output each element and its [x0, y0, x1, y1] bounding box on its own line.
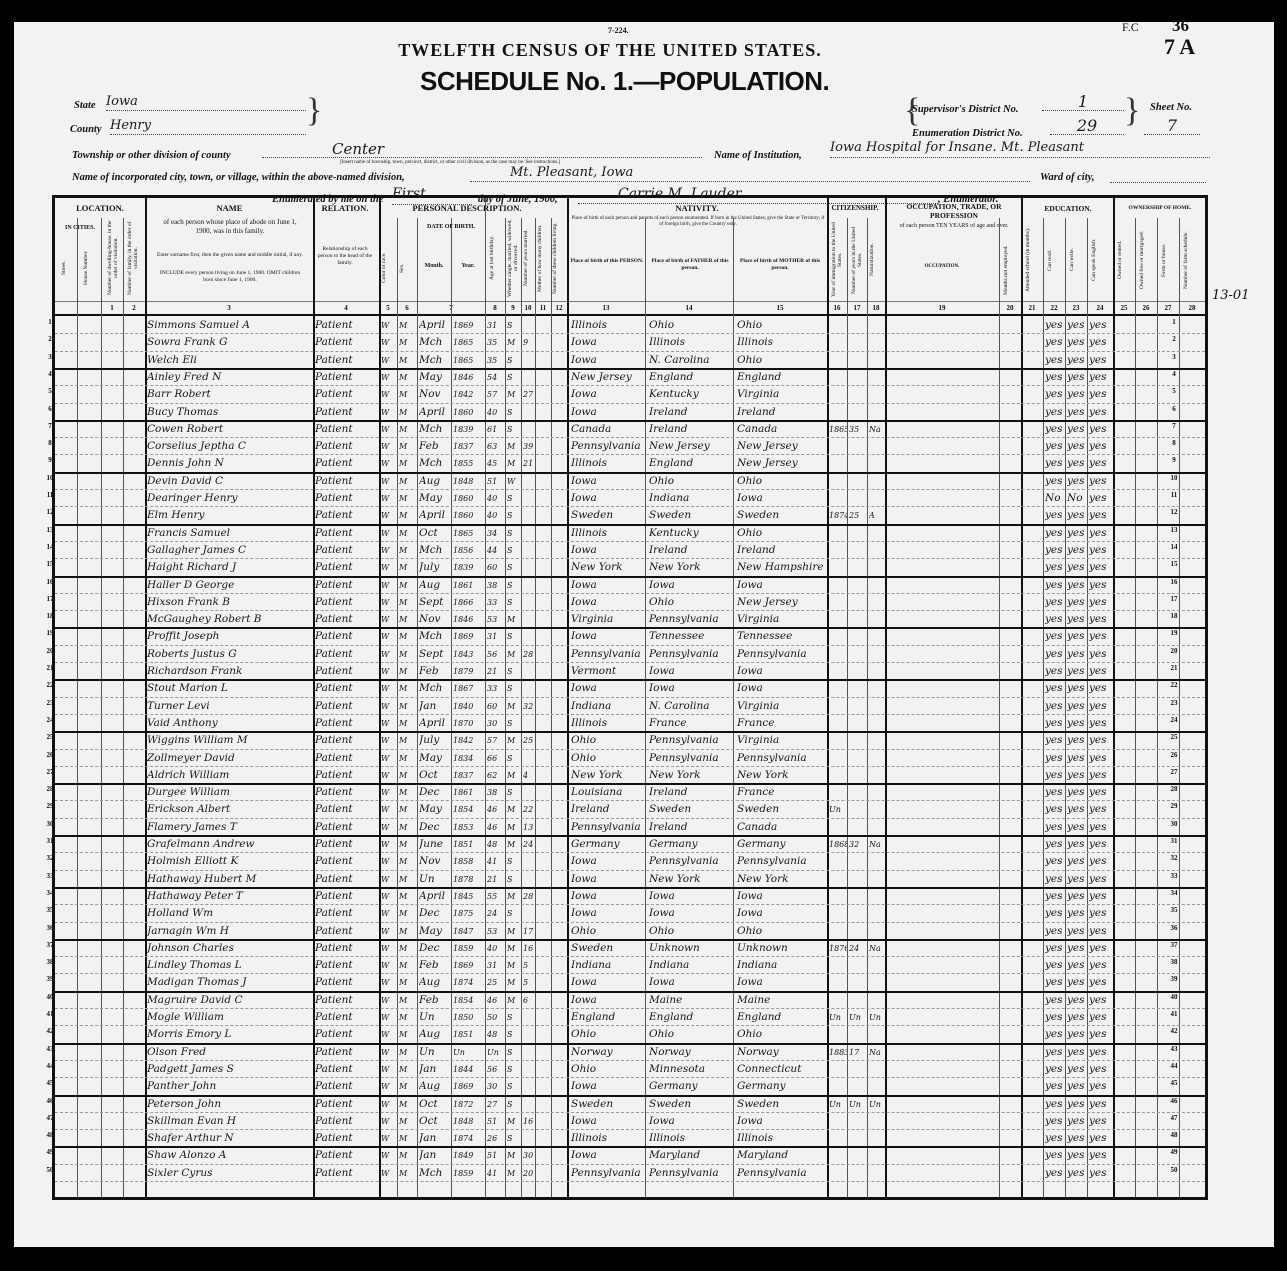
can-read: yes — [1045, 316, 1067, 333]
row-number: 46 — [40, 1097, 60, 1105]
birthplace-father: Unknown — [649, 939, 733, 956]
birth-month: Aug — [419, 973, 451, 990]
birthplace-mother: New Jersey — [737, 454, 827, 471]
age: 57 — [487, 385, 505, 402]
vheader-age: Age at last birthday. — [489, 218, 501, 298]
column-number: 6 — [397, 304, 417, 312]
row-number: 2 — [40, 335, 60, 343]
sex: M — [399, 852, 417, 869]
row-number: 31 — [1164, 837, 1184, 845]
birth-year: 1869 — [453, 1077, 485, 1094]
vheader-mother-of: Mother of how many children. — [537, 218, 549, 298]
state-value: Iowa — [106, 94, 306, 111]
column-number: 20 — [999, 304, 1021, 312]
header-pob-person: Place of birth of this PERSON. — [569, 258, 645, 265]
years-in-us — [849, 576, 867, 593]
birthplace-father: Kentucky — [649, 524, 733, 541]
immigration-year — [829, 610, 847, 627]
immigration-year — [829, 1112, 847, 1129]
years-in-us — [849, 610, 867, 627]
immigration-year: 1883 — [829, 1043, 847, 1060]
can-read: yes — [1045, 645, 1067, 662]
header-name-instr2: INCLUDE every person living on June 1, 1… — [155, 270, 305, 284]
relation: Patient — [315, 749, 379, 766]
birthplace-mother: Illinois — [737, 333, 827, 350]
years-married — [523, 679, 537, 696]
years-married: 13 — [523, 818, 537, 835]
row-number: 18 — [40, 612, 60, 620]
person-name: McGaughey Robert B — [147, 610, 313, 627]
person-name: Richardson Frank — [147, 662, 313, 679]
birthplace-father: Germany — [649, 1077, 733, 1094]
row-number: 42 — [1164, 1027, 1184, 1035]
race: W — [381, 887, 397, 904]
birthplace-person: Iowa — [571, 679, 645, 696]
can-write: yes — [1067, 1025, 1089, 1042]
birthplace-father: Sweden — [649, 800, 733, 817]
birthplace-person: Indiana — [571, 697, 645, 714]
years-married: 5 — [523, 973, 537, 990]
row-number: 14 — [1164, 543, 1184, 551]
can-speak-english: yes — [1089, 818, 1113, 835]
vheader-sex: Sex. — [399, 238, 411, 298]
race: W — [381, 593, 397, 610]
years-in-us — [849, 454, 867, 471]
sex: M — [399, 558, 417, 575]
can-speak-english: yes — [1089, 489, 1113, 506]
column-number: 2 — [123, 304, 145, 312]
birth-month: Aug — [419, 1077, 451, 1094]
can-speak-english: yes — [1089, 956, 1113, 973]
birthplace-father: Iowa — [649, 576, 733, 593]
age: 48 — [487, 835, 505, 852]
can-read: yes — [1045, 818, 1067, 835]
age: 51 — [487, 472, 505, 489]
can-write: yes — [1067, 1129, 1089, 1146]
birthplace-person: New Jersey — [571, 368, 645, 385]
column-number: 28 — [1179, 304, 1205, 312]
age: 33 — [487, 679, 505, 696]
age: 35 — [487, 333, 505, 350]
birthplace-person: Germany — [571, 835, 645, 852]
can-speak-english: yes — [1089, 766, 1113, 783]
birthplace-father: Ohio — [649, 472, 733, 489]
birth-year: Un — [453, 1043, 485, 1060]
birthplace-father: Ohio — [649, 593, 733, 610]
can-write: yes — [1067, 800, 1089, 817]
birth-year: 1861 — [453, 783, 485, 800]
birthplace-mother: New Hampshire — [737, 558, 827, 575]
sex: M — [399, 454, 417, 471]
can-write: yes — [1067, 697, 1089, 714]
row-number: 9 — [40, 456, 60, 464]
table-row: Hathaway Peter TPatientWMApril184555M28I… — [55, 887, 1205, 904]
can-read: yes — [1045, 333, 1067, 350]
row-number: 47 — [1164, 1114, 1184, 1122]
relation: Patient — [315, 506, 379, 523]
table-row: Haight Richard JPatientWMJuly183960SNew … — [55, 558, 1205, 575]
marital-status: S — [507, 662, 521, 679]
header-personal: PERSONAL DESCRIPTION. — [379, 204, 555, 213]
marital-status: M — [507, 939, 521, 956]
row-number: 44 — [1164, 1062, 1184, 1070]
can-write: No — [1067, 489, 1089, 506]
age: 31 — [487, 627, 505, 644]
row-number: 11 — [40, 491, 60, 499]
immigration-year — [829, 783, 847, 800]
years-married: 16 — [523, 1112, 537, 1129]
race: W — [381, 472, 397, 489]
relation: Patient — [315, 731, 379, 748]
birthplace-mother: Iowa — [737, 973, 827, 990]
row-number: 36 — [40, 924, 60, 932]
birthplace-person: Ireland — [571, 800, 645, 817]
person-name: Johnson Charles — [147, 939, 313, 956]
table-row: Sixler CyrusPatientWMMch185941M20Pennsyl… — [55, 1164, 1205, 1181]
row-number: 32 — [1164, 854, 1184, 862]
birthplace-person: Illinois — [571, 316, 645, 333]
birthplace-mother: Virginia — [737, 697, 827, 714]
brace-right-close: } — [1124, 96, 1140, 126]
birthplace-person: Pennsylvania — [571, 818, 645, 835]
column-number: 10 — [521, 304, 535, 312]
birthplace-mother: England — [737, 1008, 827, 1025]
sex: M — [399, 1025, 417, 1042]
birthplace-mother: France — [737, 714, 827, 731]
row-number: 12 — [1164, 508, 1184, 516]
birth-year: 1878 — [453, 870, 485, 887]
birthplace-person: Illinois — [571, 454, 645, 471]
row-number: 20 — [40, 647, 60, 655]
years-in-us: 17 — [849, 1043, 867, 1060]
naturalization — [869, 870, 885, 887]
table-row: Morris Emory LPatientWMAug185148SOhioOhi… — [55, 1025, 1205, 1042]
row-number: 50 — [40, 1166, 60, 1174]
row-number: 1 — [40, 318, 60, 326]
can-read: yes — [1045, 506, 1067, 523]
table-row: Simmons Samuel APatientWMApril186931SIll… — [55, 316, 1205, 333]
institution-label: Name of Institution, — [714, 150, 802, 161]
relation: Patient — [315, 368, 379, 385]
can-write: yes — [1067, 662, 1089, 679]
row-number: 19 — [40, 629, 60, 637]
person-name: Jarnagin Wm H — [147, 922, 313, 939]
years-in-us — [849, 904, 867, 921]
relation: Patient — [315, 420, 379, 437]
age: 46 — [487, 818, 505, 835]
years-married: 21 — [523, 454, 537, 471]
table-row: Erickson AlbertPatientWMMay185446M22Irel… — [55, 800, 1205, 817]
birthplace-person: Iowa — [571, 489, 645, 506]
birthplace-person: Ohio — [571, 731, 645, 748]
can-write: yes — [1067, 1146, 1089, 1163]
marital-status: M — [507, 333, 521, 350]
birth-year: 1874 — [453, 1129, 485, 1146]
can-write: yes — [1067, 749, 1089, 766]
birth-month: Jan — [419, 1060, 451, 1077]
can-read: yes — [1045, 593, 1067, 610]
relation: Patient — [315, 1025, 379, 1042]
sex: M — [399, 1129, 417, 1146]
row-number: 22 — [40, 681, 60, 689]
marital-status: S — [507, 489, 521, 506]
birth-month: Jan — [419, 1146, 451, 1163]
birthplace-person: England — [571, 1008, 645, 1025]
can-read: yes — [1045, 697, 1067, 714]
can-speak-english: yes — [1089, 368, 1113, 385]
person-name: Simmons Samuel A — [147, 316, 313, 333]
can-read: yes — [1045, 576, 1067, 593]
years-married — [523, 558, 537, 575]
years-married: 27 — [523, 385, 537, 402]
row-number: 36 — [1164, 924, 1184, 932]
can-write: yes — [1067, 679, 1089, 696]
birthplace-father: Pennsylvania — [649, 1164, 733, 1181]
years-married: 24 — [523, 835, 537, 852]
table-row: Barr RobertPatientWMNov184257M27IowaKent… — [55, 385, 1205, 402]
race: W — [381, 956, 397, 973]
city-label: Name of incorporated city, town, or vill… — [72, 172, 405, 183]
person-name: Magruire David C — [147, 991, 313, 1008]
race: W — [381, 697, 397, 714]
naturalization — [869, 749, 885, 766]
marital-status: M — [507, 991, 521, 1008]
person-name: Devin David C — [147, 472, 313, 489]
birthplace-mother: Ohio — [737, 922, 827, 939]
birth-year: 1875 — [453, 904, 485, 921]
sheet-stamp-top: 36 — [1172, 16, 1189, 36]
can-write: yes — [1067, 472, 1089, 489]
birth-year: 1869 — [453, 956, 485, 973]
naturalization — [869, 1060, 885, 1077]
race: W — [381, 731, 397, 748]
race: W — [381, 403, 397, 420]
birth-month: Oct — [419, 1095, 451, 1112]
column-number: 19 — [885, 304, 999, 312]
naturalization: A — [869, 506, 885, 523]
birthplace-mother: New Jersey — [737, 437, 827, 454]
table-row: Bucy ThomasPatientWMApril186040SIowaIrel… — [55, 403, 1205, 420]
can-speak-english: yes — [1089, 973, 1113, 990]
table-row: Dearinger HenryPatientWMMay186040SIowaIn… — [55, 489, 1205, 506]
age: 66 — [487, 749, 505, 766]
vheader-street: Street. — [61, 238, 73, 298]
birth-year: 1860 — [453, 506, 485, 523]
can-read: yes — [1045, 973, 1067, 990]
can-write: yes — [1067, 403, 1089, 420]
birthplace-mother: Iowa — [737, 904, 827, 921]
years-married — [523, 1129, 537, 1146]
years-in-us — [849, 697, 867, 714]
vheader-months-unemployed: Months not employed. — [1003, 242, 1017, 298]
person-name: Peterson John — [147, 1095, 313, 1112]
birthplace-person: Ohio — [571, 1025, 645, 1042]
column-number: 24 — [1087, 304, 1113, 312]
vheader-free: Owned free or mortgaged. — [1139, 222, 1151, 298]
can-read: yes — [1045, 662, 1067, 679]
marital-status: S — [507, 679, 521, 696]
age: 41 — [487, 852, 505, 869]
person-name: Durgee William — [147, 783, 313, 800]
birthplace-mother: Indiana — [737, 956, 827, 973]
table-row: Skillman Evan HPatientWMOct184851M16Iowa… — [55, 1112, 1205, 1129]
years-married — [523, 1025, 537, 1042]
vheader-write: Can write. — [1069, 222, 1081, 298]
birth-month: Mch — [419, 627, 451, 644]
years-in-us — [849, 714, 867, 731]
table-row: Panther JohnPatientWMAug186930SIowaGerma… — [55, 1077, 1205, 1094]
relation: Patient — [315, 333, 379, 350]
row-number: 29 — [1164, 802, 1184, 810]
birth-month: Un — [419, 1043, 451, 1060]
naturalization — [869, 333, 885, 350]
birth-year: 1859 — [453, 1164, 485, 1181]
race: W — [381, 1025, 397, 1042]
can-read: yes — [1045, 766, 1067, 783]
immigration-year: 1874 — [829, 506, 847, 523]
immigration-year — [829, 1146, 847, 1163]
age: 60 — [487, 558, 505, 575]
sex: M — [399, 662, 417, 679]
row-number: 24 — [1164, 716, 1184, 724]
birthplace-person: Iowa — [571, 973, 645, 990]
age: 40 — [487, 489, 505, 506]
row-number: 46 — [1164, 1097, 1184, 1105]
birthplace-father: Illinois — [649, 1129, 733, 1146]
birth-month: Feb — [419, 956, 451, 973]
birth-month: Oct — [419, 524, 451, 541]
can-speak-english: yes — [1089, 922, 1113, 939]
can-write: yes — [1067, 766, 1089, 783]
birth-year: 1874 — [453, 973, 485, 990]
age: 21 — [487, 870, 505, 887]
immigration-year — [829, 991, 847, 1008]
can-write: yes — [1067, 991, 1089, 1008]
birthplace-father: Iowa — [649, 662, 733, 679]
header-pob-father: Place of birth of FATHER of this person. — [647, 258, 733, 272]
birthplace-person: Canada — [571, 420, 645, 437]
row-number: 43 — [1164, 1045, 1184, 1053]
years-in-us — [849, 800, 867, 817]
birth-month: Mch — [419, 1164, 451, 1181]
relation: Patient — [315, 800, 379, 817]
person-name: Madigan Thomas J — [147, 973, 313, 990]
birthplace-father: N. Carolina — [649, 697, 733, 714]
marital-status: S — [507, 1008, 521, 1025]
vheader-naturalization: Naturalization. — [869, 222, 881, 298]
birthplace-mother: New York — [737, 870, 827, 887]
can-write: yes — [1067, 576, 1089, 593]
birth-month: July — [419, 558, 451, 575]
table-row: Mogle WilliamPatientWMUn185050SEnglandEn… — [55, 1008, 1205, 1025]
can-write: yes — [1067, 870, 1089, 887]
birth-year: 1858 — [453, 852, 485, 869]
relation: Patient — [315, 645, 379, 662]
naturalization — [869, 679, 885, 696]
years-married — [523, 1008, 537, 1025]
birth-month: April — [419, 506, 451, 523]
immigration-year — [829, 454, 847, 471]
birthplace-person: Pennsylvania — [571, 645, 645, 662]
can-speak-english: yes — [1089, 697, 1113, 714]
age: 34 — [487, 524, 505, 541]
birthplace-father: New York — [649, 870, 733, 887]
relation: Patient — [315, 714, 379, 731]
naturalization: Na — [869, 1043, 885, 1060]
can-read: yes — [1045, 731, 1067, 748]
sex: M — [399, 870, 417, 887]
header-education: EDUCATION. — [1025, 204, 1111, 213]
can-write: yes — [1067, 1077, 1089, 1094]
birth-month: April — [419, 403, 451, 420]
person-name: Mogle William — [147, 1008, 313, 1025]
can-speak-english: yes — [1089, 506, 1113, 523]
age: 30 — [487, 1077, 505, 1094]
relation: Patient — [315, 472, 379, 489]
relation: Patient — [315, 887, 379, 904]
sex: M — [399, 316, 417, 333]
supervisor-value: 1 — [1042, 92, 1124, 111]
margin-note: 13-01 — [1212, 288, 1249, 303]
birth-year: 1872 — [453, 1095, 485, 1112]
age: 21 — [487, 662, 505, 679]
birth-year: 1866 — [453, 593, 485, 610]
birthplace-mother: Sweden — [737, 800, 827, 817]
birthplace-person: Ohio — [571, 1060, 645, 1077]
years-in-us — [849, 749, 867, 766]
years-married: 17 — [523, 922, 537, 939]
can-write: yes — [1067, 316, 1089, 333]
row-number: 49 — [40, 1148, 60, 1156]
years-in-us — [849, 973, 867, 990]
table-row: Elm HenryPatientWMApril186040SSwedenSwed… — [55, 506, 1205, 523]
race: W — [381, 1146, 397, 1163]
birth-year: 1861 — [453, 576, 485, 593]
birth-year: 1879 — [453, 662, 485, 679]
years-married — [523, 472, 537, 489]
years-in-us — [849, 368, 867, 385]
years-in-us — [849, 316, 867, 333]
person-name: Aldrich William — [147, 766, 313, 783]
race: W — [381, 627, 397, 644]
can-read: yes — [1045, 956, 1067, 973]
column-number: 17 — [847, 304, 867, 312]
relation: Patient — [315, 1060, 379, 1077]
relation: Patient — [315, 385, 379, 402]
can-read: yes — [1045, 1146, 1067, 1163]
person-name: Welch Eli — [147, 351, 313, 368]
birthplace-mother: Ireland — [737, 541, 827, 558]
marital-status: S — [507, 904, 521, 921]
can-speak-english: yes — [1089, 645, 1113, 662]
row-number: 39 — [1164, 975, 1184, 983]
can-read: yes — [1045, 904, 1067, 921]
vheader-farm: Farm or house. — [1161, 222, 1173, 298]
birthplace-person: Illinois — [571, 524, 645, 541]
birthplace-mother: Tennessee — [737, 627, 827, 644]
immigration-year — [829, 1060, 847, 1077]
table-row: Welch EliPatientWMMch186535SIowaN. Carol… — [55, 351, 1205, 368]
age: 62 — [487, 766, 505, 783]
years-married — [523, 524, 537, 541]
sex: M — [399, 1043, 417, 1060]
relation: Patient — [315, 904, 379, 921]
relation: Patient — [315, 576, 379, 593]
years-married — [523, 870, 537, 887]
relation: Patient — [315, 403, 379, 420]
birthplace-father: Iowa — [649, 887, 733, 904]
birth-month: May — [419, 800, 451, 817]
